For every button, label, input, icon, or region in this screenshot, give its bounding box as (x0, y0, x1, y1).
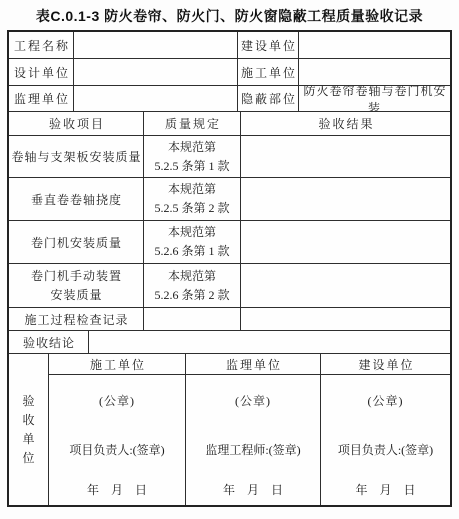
design-unit-label: 设计单位 (9, 59, 74, 85)
date-line: 年 月 日 (49, 481, 185, 498)
item-name: 卷门机手动装置 安装质量 (9, 264, 144, 307)
conclusion-value (89, 331, 450, 353)
table-row-item-3: 卷门机安装质量 本规范第 5.2.6 条第 1 款 (9, 221, 450, 264)
item-name: 垂直卷卷轴挠度 (9, 178, 144, 220)
signoff-construction-header: 施工单位 (49, 354, 185, 375)
project-name-value (74, 32, 238, 58)
table-row-item-4: 卷门机手动装置 安装质量 本规范第 5.2.6 条第 2 款 (9, 264, 450, 308)
col-header-result: 验收结果 (241, 112, 450, 135)
process-check-record-label: 施工过程检查记录 (9, 308, 144, 330)
item-spec: 本规范第 5.2.6 条第 2 款 (144, 264, 241, 307)
item-spec: 本规范第 5.2.6 条第 1 款 (144, 221, 241, 263)
checklist-header-row: 验收项目 质量规定 验收结果 (9, 112, 450, 136)
spec-line-2: 5.2.6 条第 1 款 (154, 242, 229, 261)
table-row-project: 工程名称 建设单位 (9, 32, 450, 59)
signoff-client-body: (公章) 项目负责人:(签章) 年 月 日 (321, 375, 450, 505)
signer-line: 项目负责人:(签章) (49, 441, 185, 458)
spec-line-1: 本规范第 (154, 138, 229, 157)
conclusion-row: 验收结论 (9, 331, 450, 354)
date-line: 年 月 日 (321, 481, 450, 498)
signer-line: 监理工程师:(签章) (186, 441, 320, 458)
concealed-part-label: 隐蔽部位 (238, 86, 299, 111)
page-title: 表C.0.1-3 防火卷帘、防火门、防火窗隐蔽工程质量验收记录 (0, 4, 459, 28)
item-spec: 本规范第 5.2.5 条第 2 款 (144, 178, 241, 220)
signoff-side-label-text: 验收单位 (22, 392, 36, 468)
item-name-line-1: 卷门机手动装置 (30, 267, 122, 286)
document-page: 表C.0.1-3 防火卷帘、防火门、防火窗隐蔽工程质量验收记录 工程名称 建设单… (0, 0, 459, 519)
table-row-item-1: 卷轴与支架板安装质量 本规范第 5.2.5 条第 1 款 (9, 136, 450, 178)
item-spec: 本规范第 5.2.5 条第 1 款 (144, 136, 241, 177)
table-row-supervision: 监理单位 隐蔽部位 防火卷帘卷轴与卷门机安装 (9, 86, 450, 112)
item-spec (144, 308, 241, 330)
client-unit-value (299, 32, 450, 58)
signoff-section: 验收单位 施工单位 (公章) 项目负责人:(签章) 年 月 日 监理单位 (公章… (9, 354, 450, 505)
table-row-design: 设计单位 施工单位 (9, 59, 450, 86)
col-header-spec: 质量规定 (144, 112, 241, 135)
spec-line-1: 本规范第 (154, 223, 229, 242)
signoff-col-construction: 施工单位 (公章) 项目负责人:(签章) 年 月 日 (49, 354, 186, 505)
signoff-col-client: 建设单位 (公章) 项目负责人:(签章) 年 月 日 (321, 354, 450, 505)
item-name: 卷门机安装质量 (9, 221, 144, 263)
signoff-client-header: 建设单位 (321, 354, 450, 375)
official-seal-placeholder: (公章) (49, 392, 185, 409)
signoff-supervision-header: 监理单位 (186, 354, 320, 375)
project-name-label: 工程名称 (9, 32, 74, 58)
item-result (241, 136, 450, 177)
table-row-item-5: 施工过程检查记录 (9, 308, 450, 331)
construction-unit-label: 施工单位 (238, 59, 299, 85)
item-result (241, 308, 450, 330)
date-line: 年 月 日 (186, 481, 320, 498)
signoff-supervision-body: (公章) 监理工程师:(签章) 年 月 日 (186, 375, 320, 505)
spec-line-2: 5.2.6 条第 2 款 (154, 286, 229, 305)
table-row-item-2: 垂直卷卷轴挠度 本规范第 5.2.5 条第 2 款 (9, 178, 450, 221)
spec-line-2: 5.2.5 条第 1 款 (154, 157, 229, 176)
spec-line-1: 本规范第 (154, 180, 229, 199)
signoff-construction-body: (公章) 项目负责人:(签章) 年 月 日 (49, 375, 185, 505)
design-unit-value (74, 59, 238, 85)
acceptance-record-table: 工程名称 建设单位 设计单位 施工单位 监理单位 隐蔽部位 防火卷帘卷轴与卷门机… (7, 30, 452, 507)
supervision-unit-value (74, 86, 238, 111)
signoff-side-label: 验收单位 (9, 354, 49, 505)
item-name-line-2: 安装质量 (30, 286, 122, 305)
client-unit-label: 建设单位 (238, 32, 299, 58)
signoff-col-supervision: 监理单位 (公章) 监理工程师:(签章) 年 月 日 (186, 354, 321, 505)
construction-unit-value (299, 59, 450, 85)
official-seal-placeholder: (公章) (321, 392, 450, 409)
official-seal-placeholder: (公章) (186, 392, 320, 409)
item-result (241, 264, 450, 307)
conclusion-label: 验收结论 (9, 331, 89, 353)
item-result (241, 221, 450, 263)
supervision-unit-label: 监理单位 (9, 86, 74, 111)
concealed-part-value: 防火卷帘卷轴与卷门机安装 (299, 86, 450, 111)
spec-line-1: 本规范第 (154, 267, 229, 286)
col-header-item: 验收项目 (9, 112, 144, 135)
item-result (241, 178, 450, 220)
item-name: 卷轴与支架板安装质量 (9, 136, 144, 177)
signer-line: 项目负责人:(签章) (321, 441, 450, 458)
spec-line-2: 5.2.5 条第 2 款 (154, 199, 229, 218)
